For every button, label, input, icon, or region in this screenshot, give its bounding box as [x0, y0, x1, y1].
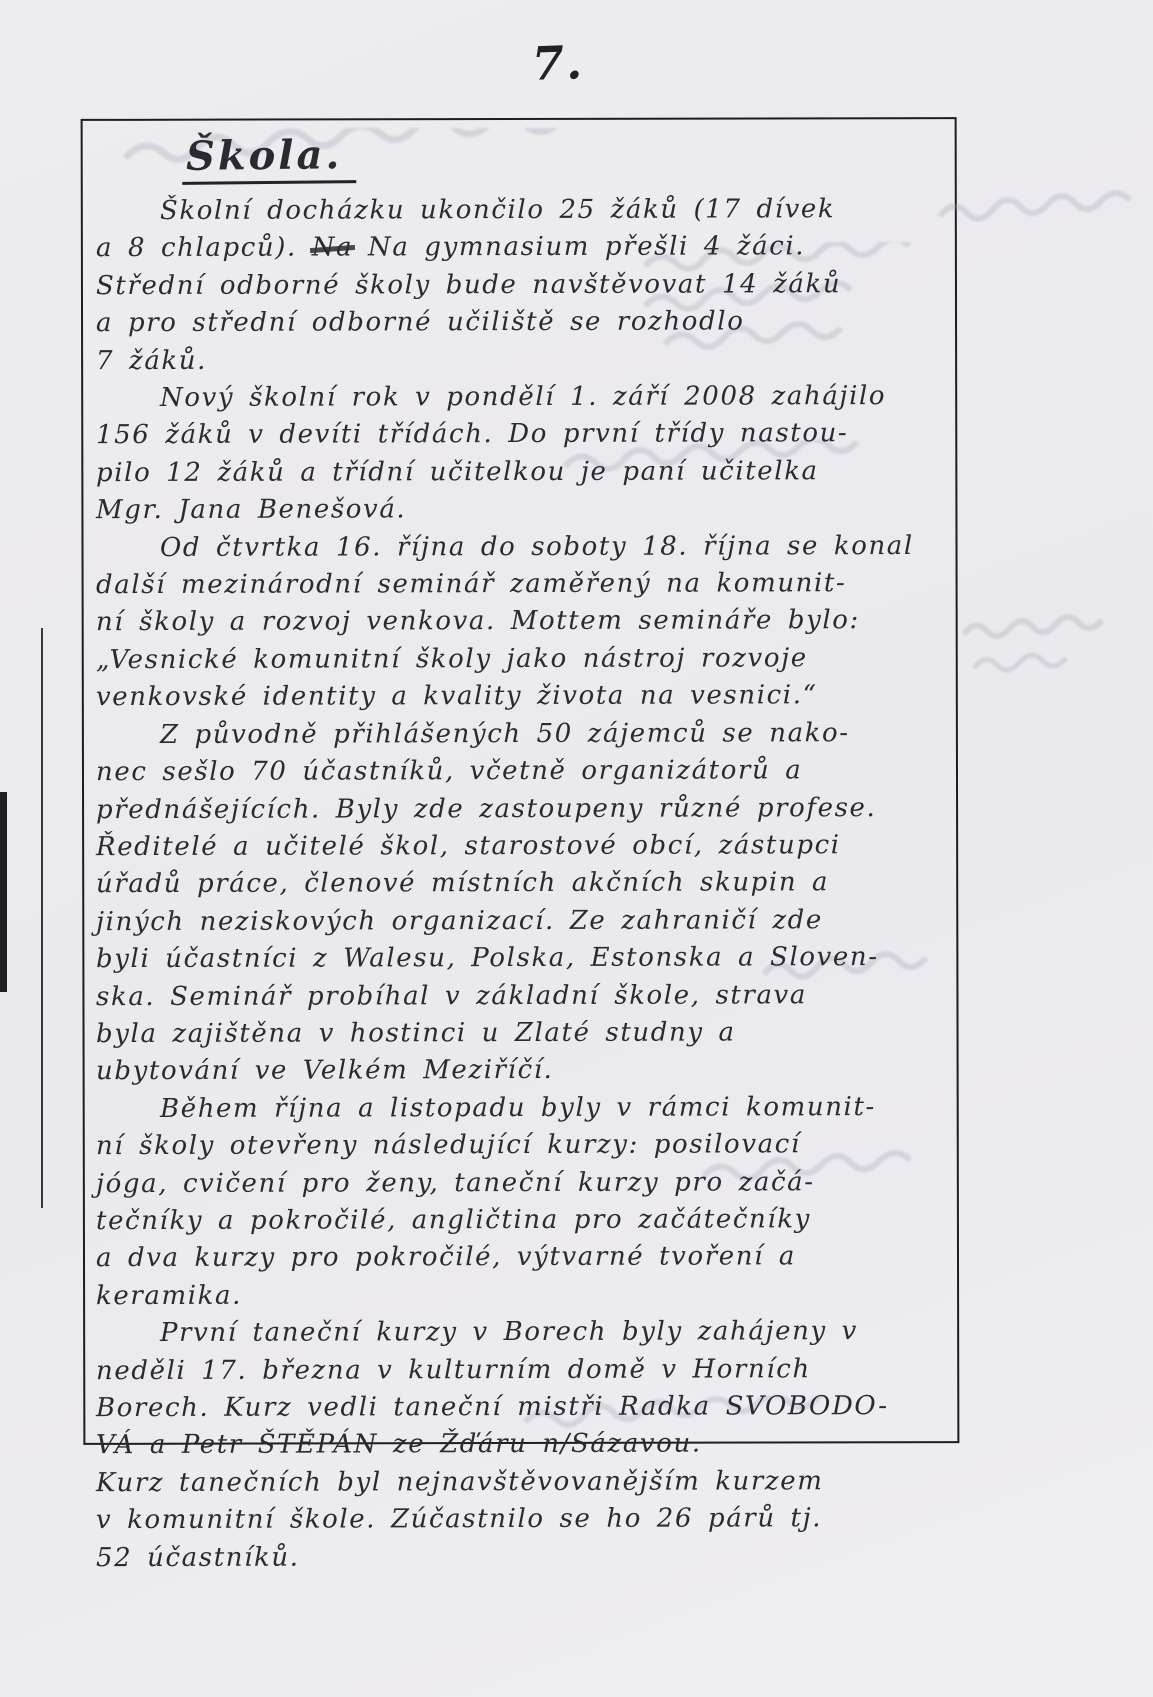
handwriting-line: pilo 12 žáků a třídní učitelkou je paní …: [96, 453, 952, 493]
handwriting-line: a pro střední odborné učiliště se rozhod…: [96, 303, 952, 343]
handwriting-line: Kurz tanečních byl nejnavštěvovanějším k…: [96, 1463, 952, 1503]
handwriting-line: Borech. Kurz vedli taneční mistři Radka …: [96, 1388, 952, 1428]
scanned-chronicle-page: 7. Škola. Školní docházku ukončilo: [0, 0, 1153, 1697]
handwriting-line: ní školy a rozvoj venkova. Mottem seminá…: [96, 602, 952, 642]
handwriting-line: v komunitní škole. Zúčastnilo se ho 26 p…: [96, 1500, 952, 1540]
handwriting-line: neděli 17. března v kulturním domě v Hor…: [96, 1350, 952, 1390]
margin-rule-line: [41, 628, 43, 1208]
handwriting-line: 156 žáků v devíti třídách. Do první tříd…: [96, 415, 952, 455]
handwritten-text: Školní docházku ukončilo 25 žáků (17 dív…: [96, 192, 952, 1576]
handwriting-line: Mgr. Jana Benešová.: [96, 490, 952, 530]
handwriting-line: VÁ a Petr ŠTĚPÁN ze Žďáru n/Sázavou.: [96, 1425, 952, 1465]
handwriting-line: ubytování ve Velkém Meziříčí.: [96, 1051, 952, 1091]
section-title: Škola.: [182, 131, 357, 185]
handwriting-line: jiných neziskových organizací. Ze zahran…: [96, 902, 952, 942]
handwriting-line: nec sešlo 70 účastníků, včetně organizát…: [96, 752, 952, 792]
handwriting-line: ska. Seminář probíhal v základní škole, …: [96, 976, 952, 1016]
handwriting-line: 7 žáků.: [96, 341, 952, 381]
handwriting-line: Z původně přihlášených 50 zájemců se nak…: [96, 715, 952, 755]
handwriting-line: a dva kurzy pro pokročilé, výtvarné tvoř…: [96, 1238, 952, 1278]
binding-shadow-bar: [0, 792, 7, 992]
line-text: Na gymnasium přešli 4 žáci.: [353, 232, 805, 263]
handwriting-line: další mezinárodní seminář zaměřený na ko…: [96, 565, 952, 605]
handwriting-line: „Vesnické komunitní školy jako nástroj r…: [96, 640, 952, 680]
handwriting-line: venkovské identity a kvality života na v…: [96, 677, 952, 717]
handwriting-line: První taneční kurzy v Borech byly zaháje…: [96, 1313, 952, 1353]
handwriting-line: ní školy otevřeny následující kurzy: pos…: [96, 1126, 952, 1166]
handwriting-line: Školní docházku ukončilo 25 žáků (17 dív…: [96, 191, 952, 231]
handwriting-line: Od čtvrtka 16. října do soboty 18. října…: [96, 528, 952, 568]
handwritten-content: Škola. Školní docházku ukončilo 25 žáků …: [96, 126, 952, 1442]
handwriting-line: byli účastníci z Walesu, Polska, Estonsk…: [96, 939, 952, 979]
show-through-ink: [960, 612, 1140, 682]
handwriting-line: a 8 chlapců). Na Na gymnasium přešli 4 ž…: [96, 228, 952, 268]
handwriting-line: Nový školní rok v pondělí 1. září 2008 z…: [96, 378, 952, 418]
handwriting-line: 52 účastníků.: [96, 1538, 952, 1578]
handwriting-line: jóga, cvičení pro ženy, taneční kurzy pr…: [96, 1163, 952, 1203]
handwriting-line: Střední odborné školy bude navštěvovat 1…: [96, 266, 952, 306]
handwriting-line: Během října a listopadu byly v rámci kom…: [96, 1089, 952, 1129]
handwriting-line: přednášejících. Byly zde zastoupeny různ…: [96, 789, 952, 829]
page-number: 7.: [517, 35, 599, 92]
show-through-ink: [936, 190, 1146, 236]
handwriting-line: byla zajištěna v hostinci u Zlaté studny…: [96, 1014, 952, 1054]
handwriting-line: Ředitelé a učitelé škol, starostové obcí…: [96, 827, 952, 867]
handwriting-line: úřadů práce, členové místních akčních sk…: [96, 864, 952, 904]
handwriting-line: keramika.: [96, 1276, 952, 1316]
struck-word: Na: [312, 230, 354, 268]
line-text: a 8 chlapců).: [96, 233, 312, 264]
handwriting-line: tečníky a pokročilé, angličtina pro začá…: [96, 1201, 952, 1241]
